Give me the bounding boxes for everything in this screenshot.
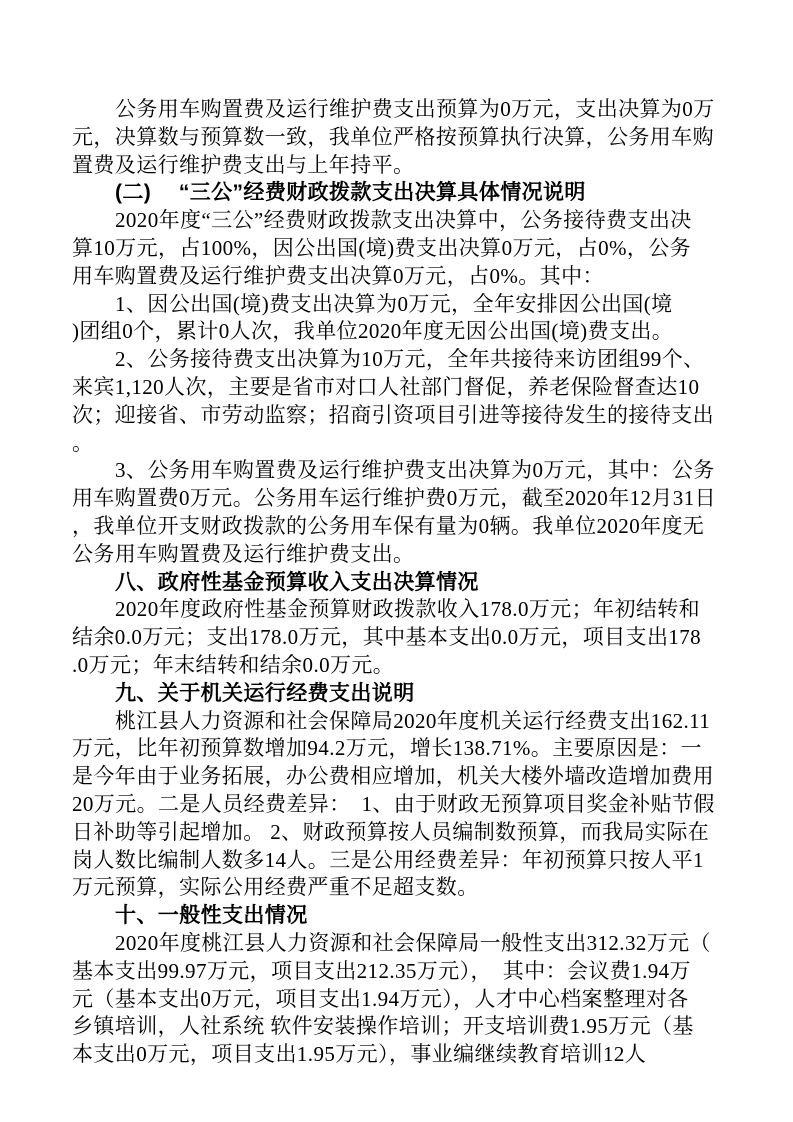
document-line: 置费及运行维护费支出与上年持平。	[72, 152, 732, 180]
document-line: 万元预算，实际公用经费严重不足超支数。	[72, 874, 732, 902]
document-line: 用车购置费及运行维护费支出决算0万元，占0%。其中：	[72, 263, 732, 291]
document-line: ，我单位开支财政拨款的公务用车保有量为0辆。我单位2020年度无	[72, 513, 732, 541]
document-line: 结余0.0万元；支出178.0万元，其中基本支出0.0万元，项目支出178	[72, 624, 732, 652]
document-line: 乡镇培训，人社系统 软件安装操作培训；开支培训费1.95万元（基	[72, 1013, 732, 1041]
document-body: 公务用车购置费及运行维护费支出预算为0万元，支出决算为0万元，决算数与预算数一致…	[72, 96, 732, 1069]
document-line: )团组0个，累计0人次，我单位2020年度无因公出国(境)费支出。	[72, 318, 732, 346]
document-line: 本支出0万元，项目支出1.95万元），事业编继续教育培训12人	[72, 1041, 732, 1069]
section-heading: (二) “三公”经费财政拨款支出决算具体情况说明	[72, 179, 732, 207]
document-line: 次；迎接省、市劳动监察；招商引资项目引进等接待发生的接待支出	[72, 402, 732, 430]
document-line: 是今年由于业务拓展，办公费相应增加，机关大楼外墙改造增加费用	[72, 763, 732, 791]
document-line: 元（基本支出0万元，项目支出1.94万元），人才中心档案整理对各	[72, 986, 732, 1014]
document-line: 来宾1,120人次，主要是省市对口人社部门督促，养老保险督查达10	[72, 374, 732, 402]
section-heading: 十、一般性支出情况	[72, 902, 732, 930]
document-line: 2020年度桃江县人力资源和社会保障局一般性支出312.32万元（	[72, 930, 732, 958]
document-line: 算10万元，占100%，因公出国(境)费支出决算0万元，占0%，公务	[72, 235, 732, 263]
document-page: 公务用车购置费及运行维护费支出预算为0万元，支出决算为0万元，决算数与预算数一致…	[0, 0, 793, 1122]
document-line: 2020年度“三公”经费财政拨款支出决算中，公务接待费支出决	[72, 207, 732, 235]
document-line: 岗人数比编制人数多14人。三是公用经费差异：年初预算只按人平1	[72, 847, 732, 875]
section-heading: 八、政府性基金预算收入支出决算情况	[72, 569, 732, 597]
document-line: 2、公务接待费支出决算为10万元，全年共接待来访团组99个、	[72, 346, 732, 374]
document-line: .0万元；年末结转和结余0.0万元。	[72, 652, 732, 680]
document-line: 日补助等引起增加。 2、财政预算按人员编制数预算，而我局实际在	[72, 819, 732, 847]
document-line: 2020年度政府性基金预算财政拨款收入178.0万元；年初结转和	[72, 596, 732, 624]
document-line: 公务用车购置费及运行维护费支出。	[72, 541, 732, 569]
document-line: 1、因公出国(境)费支出决算为0万元，全年安排因公出国(境	[72, 291, 732, 319]
document-line: 20万元。二是人员经费差异： 1、由于财政无预算项目奖金补贴节假	[72, 791, 732, 819]
section-heading: 九、关于机关运行经费支出说明	[72, 680, 732, 708]
document-line: 。	[72, 430, 732, 458]
document-line: 桃江县人力资源和社会保障局2020年度机关运行经费支出162.11	[72, 708, 732, 736]
document-line: 用车购置费0万元。公务用车运行维护费0万元，截至2020年12月31日	[72, 485, 732, 513]
document-line: 元，决算数与预算数一致，我单位严格按预算执行决算，公务用车购	[72, 124, 732, 152]
document-line: 基本支出99.97万元，项目支出212.35万元）， 其中：会议费1.94万	[72, 958, 732, 986]
document-line: 公务用车购置费及运行维护费支出预算为0万元，支出决算为0万	[72, 96, 732, 124]
document-line: 3、公务用车购置费及运行维护费支出决算为0万元，其中：公务	[72, 457, 732, 485]
document-line: 万元，比年初预算数增加94.2万元，增长138.71%。主要原因是：一	[72, 735, 732, 763]
